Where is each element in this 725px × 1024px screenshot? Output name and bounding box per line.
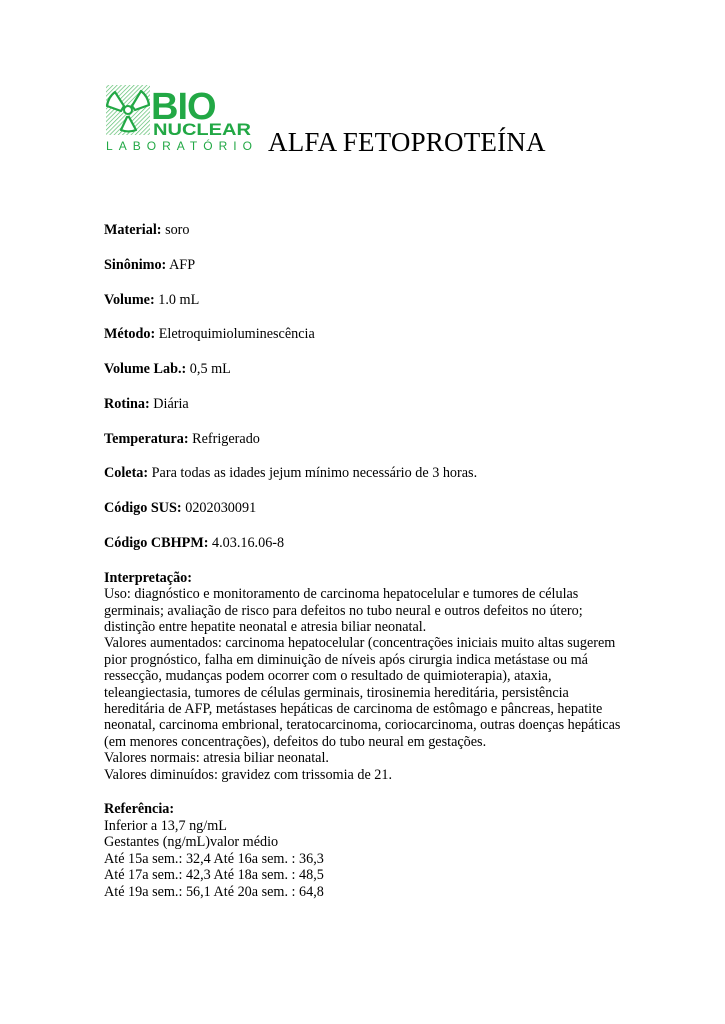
field-value: 1.0 mL [158, 292, 199, 308]
field-value: 0,5 mL [190, 361, 231, 377]
field-sinonimo: Sinônimo: AFP [104, 257, 644, 273]
section-title: Interpretação: [104, 570, 644, 586]
interpretacao-valores-normais: Valores normais: atresia biliar neonatal… [104, 750, 629, 766]
field-label: Código CBHPM: [104, 535, 208, 551]
bionuclear-logo: BIO NUCLEAR LABORATÓRIO [105, 84, 257, 154]
referencia-section: Referência: Inferior a 13,7 ng/mL Gestan… [104, 801, 644, 899]
interpretacao-section: Interpretação: Uso: diagnóstico e monito… [104, 570, 644, 783]
section-title: Referência: [104, 801, 644, 817]
field-label: Volume: [104, 292, 155, 308]
field-value: Eletroquimioluminescência [159, 326, 315, 342]
field-label: Temperatura: [104, 431, 189, 447]
field-codigo-cbhpm: Código CBHPM: 4.03.16.06-8 [104, 535, 644, 551]
field-label: Sinônimo: [104, 257, 166, 273]
referencia-line: Gestantes (ng/mL)valor médio [104, 834, 644, 850]
field-label: Rotina: [104, 396, 150, 412]
field-label: Código SUS: [104, 500, 182, 516]
field-volume: Volume: 1.0 mL [104, 292, 644, 308]
field-value: soro [165, 222, 189, 238]
field-volume-lab: Volume Lab.: 0,5 mL [104, 361, 644, 377]
field-temperatura: Temperatura: Refrigerado [104, 431, 644, 447]
exam-details: Material: soro Sinônimo: AFP Volume: 1.0… [104, 222, 644, 900]
page-title: ALFA FETOPROTEÍNA [268, 126, 546, 158]
field-material: Material: soro [104, 222, 644, 238]
referencia-line: Inferior a 13,7 ng/mL [104, 818, 644, 834]
field-value: AFP [169, 257, 195, 273]
interpretacao-valores-diminuidos: Valores diminuídos: gravidez com trissom… [104, 767, 629, 783]
field-value: Para todas as idades jejum mínimo necess… [152, 465, 477, 481]
referencia-line: Até 15a sem.: 32,4 Até 16a sem. : 36,3 [104, 851, 644, 867]
field-label: Método: [104, 326, 155, 342]
field-label: Material: [104, 222, 162, 238]
field-value: 4.03.16.06-8 [212, 535, 284, 551]
radiation-trefoil-icon: BIO NUCLEAR LABORATÓRIO [105, 84, 257, 154]
referencia-line: Até 17a sem.: 42,3 Até 18a sem. : 48,5 [104, 867, 644, 883]
field-value: Refrigerado [192, 431, 260, 447]
svg-text:NUCLEAR: NUCLEAR [153, 121, 251, 139]
interpretacao-uso: Uso: diagnóstico e monitoramento de carc… [104, 586, 629, 635]
document-page: BIO NUCLEAR LABORATÓRIO ALFA FETOPROTEÍN… [0, 0, 725, 1024]
referencia-line: Até 19a sem.: 56,1 Até 20a sem. : 64,8 [104, 884, 644, 900]
field-metodo: Método: Eletroquimioluminescência [104, 326, 644, 342]
field-value: 0202030091 [185, 500, 256, 516]
field-coleta: Coleta: Para todas as idades jejum mínim… [104, 465, 644, 481]
field-codigo-sus: Código SUS: 0202030091 [104, 500, 644, 516]
interpretacao-valores-aumentados: Valores aumentados: carcinoma hepatocelu… [104, 635, 629, 750]
svg-text:LABORATÓRIO: LABORATÓRIO [106, 138, 252, 153]
field-label: Coleta: [104, 465, 148, 481]
field-value: Diária [153, 396, 188, 412]
field-label: Volume Lab.: [104, 361, 186, 377]
field-rotina: Rotina: Diária [104, 396, 644, 412]
